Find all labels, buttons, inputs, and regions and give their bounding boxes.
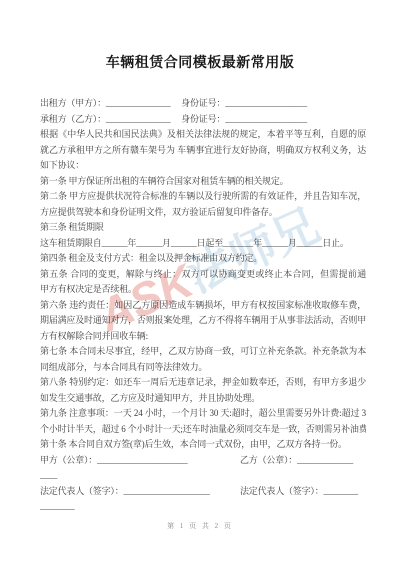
contract-line: 第五条 合同的变更，解除与终止：双方可以协商变更或终止本合同，但需提前通知， — [40, 267, 366, 283]
contract-line: 这车租赁期限自______年______月______日起至_______年__… — [40, 236, 366, 252]
contract-line: 就乙方承租甲方之所有赣车架号为 车辆事宜进行友好协商，明确双方权利义务，达成 — [40, 143, 366, 159]
contract-line: 第四条 租金及支付方式：租金以及押金标准由双方约定。 — [40, 251, 366, 267]
contract-line: 第七条 本合同未尽事宜，经甲，乙双方协商一致，可订立补充条款。补充条款为本合 — [40, 344, 366, 360]
contract-line: 个小时计半天，超过 6 个小时计一天;还车时油量必须同交车是一致，否则需另补油费… — [40, 422, 366, 438]
contract-line: 第二条 甲方应提供状况符合标准的车辆以及行驶所需的有效证件，并且告知车况，乙 — [40, 189, 366, 205]
contract-line-left: 法定代表人（签字）：____________________ — [40, 486, 210, 496]
contract-line: 第十条 本合同自双方签(章)后生效，本合同一式双份，由甲，乙双方各持一份。 — [40, 437, 366, 453]
contract-line: 承租方（乙方）：_______________ 身份证号：___________… — [40, 112, 366, 128]
contract-line: 根据《中华人民共和国民法典》及相关法律法规的规定，本着平等互利，自愿的原则， — [40, 127, 366, 143]
contract-line: 期届满应及时通知对方，否则报案处理，乙方不得将车辆用于从事非法活动，否则甲 — [40, 313, 366, 329]
contract-line: 出租方（甲方）：_______________ 身份证号：___________… — [40, 96, 366, 112]
contract-line: 第一条 甲方保证所出租的车辆符合国家对租赁车辆的相关规定。 — [40, 174, 366, 190]
contract-document-page: ASK法师兄 车辆租赁合同模板最新常用版 出租方（甲方）：___________… — [0, 0, 400, 565]
contract-line: 第三条 租赁期限 — [40, 220, 366, 236]
contract-line: 第八条 特别约定：如还车一周后无违章记录，押金如数奉还，否则，有甲方多退少补。 — [40, 375, 366, 391]
contract-line: 同组成部分，与本合同具有同等法律效力。 — [40, 360, 366, 376]
contract-line: 第六条 违约责任：如因乙方原因造成车辆损坏，甲方有权按国家标准收取修车费，租 — [40, 298, 366, 314]
contract-line: 如发生交通事故，乙方应及时通知甲方，并且协助处理。 — [40, 391, 366, 407]
contract-body: 出租方（甲方）：_______________ 身份证号：___________… — [40, 96, 366, 515]
contract-line-left: 甲方（公章）：_____________________ — [40, 455, 187, 465]
contract-line: 方应提供驾驶本和身份证明文件，双方验证后留复印件备存。 — [40, 205, 366, 221]
contract-line: 甲方有权决定是否续租。 — [40, 282, 366, 298]
contract-line-right: 法定代表人（签字）：________ — [240, 484, 358, 500]
contract-line: ____ — [40, 468, 366, 484]
contract-line: 方有权解除合同并回收车辆: — [40, 329, 366, 345]
contract-line: ________ — [40, 499, 366, 515]
contract-line: 如下协议： — [40, 158, 366, 174]
contract-line: 法定代表人（签字）：____________________法定代表人（签字）：… — [40, 484, 366, 500]
document-title: 车辆租赁合同模板最新常用版 — [0, 52, 400, 72]
contract-line-right: 乙方（公章）：_____________ — [240, 453, 353, 469]
contract-line: 第九条 注意事项：一天 24 小时，一个月计 30 天:超时，超公里需要另外计费… — [40, 406, 366, 422]
contract-line: 甲方（公章）：_____________________乙方（公章）：_____… — [40, 453, 366, 469]
page-number: 第 1 页 共 2 页 — [0, 521, 400, 531]
